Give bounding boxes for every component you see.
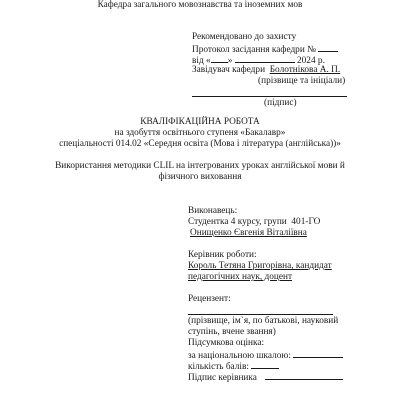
specialty-line: спеціальності 014.02 «Середня освіта (Мо…: [0, 139, 400, 150]
supervisor-signature-blank: [265, 371, 343, 380]
supervisor-name-line-2: педагогічних наук, доцент: [188, 272, 292, 283]
head-line: Завідувач кафедри Болотнікова А. П.: [192, 65, 340, 76]
department-heading: Кафедра загального мовознавства та інозе…: [0, 0, 400, 11]
topic-line-1: Використання методики CLIL на інтегрован…: [0, 161, 400, 172]
supervisor-signature-label: Підпис керівника: [188, 373, 259, 383]
date-month-blank: [235, 54, 295, 63]
document-title: КВАЛІФІКАЦІЙНА РОБОТА: [0, 117, 400, 128]
final-grade-label: Підсумкова оцінка:: [188, 338, 264, 349]
head-label: Завідувач кафедри: [192, 65, 267, 75]
head-name: Болотнікова А. П.: [270, 65, 340, 75]
supervisor-signature-line: Підпис керівника: [188, 371, 343, 384]
supervisor-name-line-1: Король Тетяна Григорівна, кандидат: [188, 261, 332, 272]
student-name: Онищенко Євгенія Віталіївна: [190, 228, 307, 239]
head-name-caption: (прізвище та ініціали): [258, 76, 345, 87]
reviewer-caption-line-2: ступінь, вчене звання): [188, 327, 276, 338]
signature-caption: (підпис): [264, 98, 297, 109]
signature-rule: [192, 96, 347, 97]
recommended-text: Рекомендовано до захисту: [192, 32, 296, 43]
reviewer-caption-line-1: (прізвище, ім`я, по батькові, науковий: [188, 316, 338, 327]
supervisor-label: Керівник роботи:: [188, 250, 257, 261]
topic-line-2: фізичного виховання: [0, 172, 400, 183]
protocol-number-blank: [318, 43, 338, 52]
date-day-blank: [211, 54, 228, 63]
reviewer-label: Рецензент:: [188, 294, 231, 305]
national-scale-blank: [293, 349, 343, 358]
student-line: Студентка 4 курсу, групи 401-ГО: [188, 217, 320, 228]
points-blank: [251, 360, 279, 369]
document-page: Кафедра загального мовознавства та інозе…: [0, 0, 400, 400]
reviewer-rule: [188, 314, 333, 315]
degree-line: на здобуття освітнього ступеня «Бакалавр…: [0, 128, 400, 139]
performer-label: Виконавець:: [188, 206, 237, 217]
